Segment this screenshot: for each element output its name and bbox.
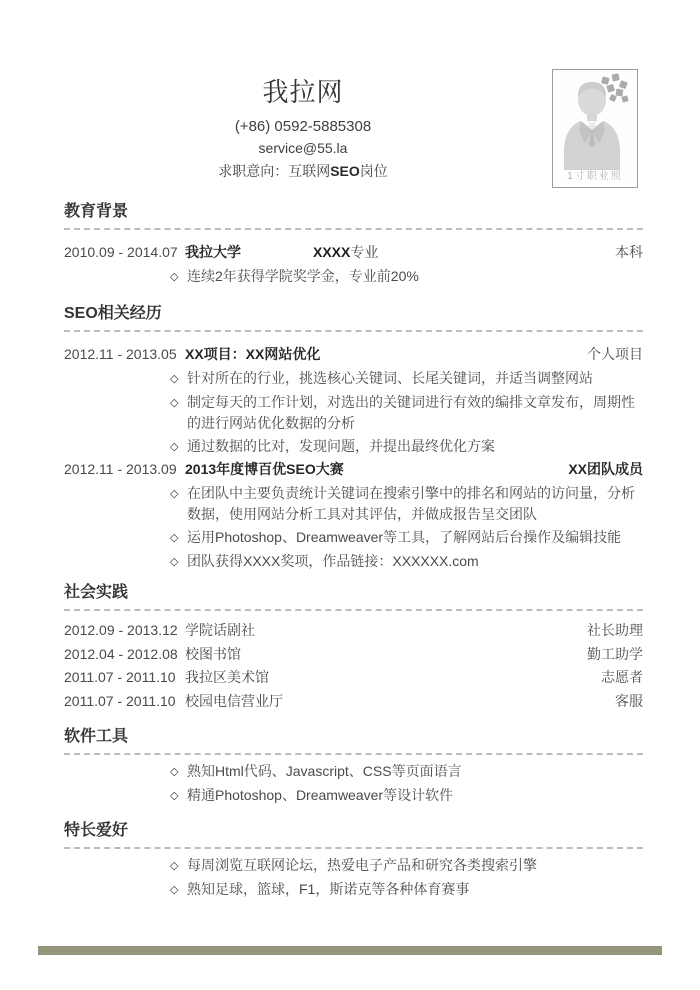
diamond-bullet-icon: ◇ <box>170 392 187 434</box>
practice-row: 2011.07 - 2011.10 我拉区美术馆 志愿者 <box>64 666 643 690</box>
organization: 校图书馆 <box>185 643 587 667</box>
section-hobbies: 特长爱好 ◇ 每周浏览互联网论坛，热爱电子产品和研究各类搜索引擎 ◇ 熟知足球，… <box>64 821 643 901</box>
practice-date: 2011.07 - 2011.10 <box>64 690 185 714</box>
bullet-text: 熟知足球，篮球，F1，斯诺克等各种体育赛事 <box>187 879 643 901</box>
practice-row: 2011.07 - 2011.10 校园电信营业厅 客服 <box>64 690 643 714</box>
entry-title: XX项目：XX网站优化 <box>185 344 587 365</box>
objective-keyword: SEO <box>330 163 360 179</box>
person-silhouette-icon <box>553 70 637 170</box>
entry-bullet: ◇ 团队获得XXXX奖项，作品链接：XXXXXX.com <box>170 551 643 573</box>
hobby-bullet: ◇ 每周浏览互联网论坛，热爱电子产品和研究各类搜索引擎 <box>170 855 643 877</box>
section-education: 教育背景 2010.09 - 2014.07 我拉大学 XXXX专业 本科 ◇ … <box>64 202 643 288</box>
diamond-bullet-icon: ◇ <box>170 483 187 525</box>
organization: 校园电信营业厅 <box>185 690 615 714</box>
candidate-name: 我拉网 <box>64 76 542 108</box>
hobby-bullet: ◇ 熟知足球，篮球，F1，斯诺克等各种体育赛事 <box>170 879 643 901</box>
major-placeholder: XXXX <box>313 244 350 260</box>
seo-entry: 2012.11 - 2013.05 XX项目：XX网站优化 个人项目 <box>64 344 643 365</box>
diamond-bullet-icon: ◇ <box>170 761 187 783</box>
objective-suffix: 岗位 <box>360 163 388 179</box>
section-title-practice: 社会实践 <box>64 583 643 611</box>
entry-bullet: ◇ 制定每天的工作计划，对选出的关键词进行有效的编排文章发布，周期性的进行网站优… <box>170 392 643 434</box>
section-social-practice: 社会实践 2012.09 - 2013.12 学院话剧社 社长助理 2012.0… <box>64 583 643 713</box>
bullet-text: 通过数据的比对，发现问题，并提出最终优化方案 <box>187 436 643 458</box>
resume-header: 我拉网 (+86) 0592-5885308 service@55.la 求职意… <box>64 76 542 182</box>
bullet-text: 制定每天的工作计划，对选出的关键词进行有效的编排文章发布，周期性的进行网站优化数… <box>187 392 643 434</box>
practice-row: 2012.04 - 2012.08 校图书馆 勤工助学 <box>64 643 643 667</box>
diamond-bullet-icon: ◇ <box>170 266 187 288</box>
section-software-tools: 软件工具 ◇ 熟知Html代码、Javascript、CSS等页面语言 ◇ 精通… <box>64 727 643 807</box>
bullet-text: 连续2年获得学院奖学金，专业前20% <box>187 266 643 288</box>
entry-bullet: ◇ 通过数据的比对，发现问题，并提出最终优化方案 <box>170 436 643 458</box>
practice-date: 2011.07 - 2011.10 <box>64 666 185 690</box>
diamond-bullet-icon: ◇ <box>170 527 187 549</box>
entry-bullet: ◇ 针对所在的行业，挑选核心关键词、长尾关键词，并适当调整网站 <box>170 368 643 390</box>
practice-row: 2012.09 - 2013.12 学院话剧社 社长助理 <box>64 619 643 643</box>
role-label: 客服 <box>615 690 643 714</box>
section-title-software: 软件工具 <box>64 727 643 755</box>
school-name: 我拉大学 <box>185 242 313 263</box>
diamond-bullet-icon: ◇ <box>170 436 187 458</box>
diamond-bullet-icon: ◇ <box>170 368 187 390</box>
software-bullet: ◇ 熟知Html代码、Javascript、CSS等页面语言 <box>170 761 643 783</box>
diamond-bullet-icon: ◇ <box>170 855 187 877</box>
education-date: 2010.09 - 2014.07 <box>64 242 185 263</box>
practice-date: 2012.09 - 2013.12 <box>64 619 185 643</box>
software-bullet: ◇ 精通Photoshop、Dreamweaver等设计软件 <box>170 785 643 807</box>
bullet-text: 针对所在的行业，挑选核心关键词、长尾关键词，并适当调整网站 <box>187 368 643 390</box>
photo-caption: 1寸职业照 <box>553 167 637 182</box>
organization: 我拉区美术馆 <box>185 666 601 690</box>
section-title-seo: SEO相关经历 <box>64 304 643 332</box>
section-title-hobby: 特长爱好 <box>64 821 643 849</box>
practice-date: 2012.04 - 2012.08 <box>64 643 185 667</box>
major-name: XXXX专业 <box>313 242 615 263</box>
bullet-text: 运用Photoshop、Dreamweaver等工具，了解网站后台操作及编辑技能 <box>187 527 643 549</box>
bullet-text: 熟知Html代码、Javascript、CSS等页面语言 <box>187 761 643 783</box>
major-suffix: 专业 <box>350 244 378 260</box>
organization: 学院话剧社 <box>185 619 587 643</box>
diamond-bullet-icon: ◇ <box>170 551 187 573</box>
entry-title: 2013年度博百优SEO大赛 <box>185 459 568 480</box>
objective-prefix: 求职意向：互联网 <box>218 163 330 179</box>
entry-date: 2012.11 - 2013.05 <box>64 344 185 365</box>
role-label: 社长助理 <box>587 619 643 643</box>
bullet-text: 在团队中主要负责统计关键词在搜索引擎中的排名和网站的访问量，分析数据，使用网站分… <box>187 483 643 525</box>
section-seo-experience: SEO相关经历 2012.11 - 2013.05 XX项目：XX网站优化 个人… <box>64 304 643 573</box>
education-entry: 2010.09 - 2014.07 我拉大学 XXXX专业 本科 <box>64 242 643 263</box>
degree-label: 本科 <box>615 242 643 263</box>
bullet-text: 团队获得XXXX奖项，作品链接：XXXXXX.com <box>187 551 643 573</box>
diamond-bullet-icon: ◇ <box>170 785 187 807</box>
role-label: 勤工助学 <box>587 643 643 667</box>
email-address: service@55.la <box>64 138 542 159</box>
entry-meta: 个人项目 <box>587 344 643 365</box>
entry-date: 2012.11 - 2013.09 <box>64 459 185 480</box>
footer-accent-bar <box>38 946 662 955</box>
entry-bullet: ◇ 在团队中主要负责统计关键词在搜索引擎中的排名和网站的访问量，分析数据，使用网… <box>170 483 643 525</box>
diamond-bullet-icon: ◇ <box>170 879 187 901</box>
phone-number: (+86) 0592-5885308 <box>64 116 542 137</box>
role-label: 志愿者 <box>601 666 643 690</box>
photo-placeholder: 1寸职业照 <box>552 69 638 188</box>
bullet-text: 精通Photoshop、Dreamweaver等设计软件 <box>187 785 643 807</box>
section-title-education: 教育背景 <box>64 202 643 230</box>
entry-meta: XX团队成员 <box>568 459 643 480</box>
bullet-text: 每周浏览互联网论坛，热爱电子产品和研究各类搜索引擎 <box>187 855 643 877</box>
practice-rows: 2012.09 - 2013.12 学院话剧社 社长助理 2012.04 - 2… <box>64 619 643 713</box>
job-objective: 求职意向：互联网SEO岗位 <box>64 161 542 182</box>
education-bullet: ◇ 连续2年获得学院奖学金，专业前20% <box>170 266 643 288</box>
entry-bullet: ◇ 运用Photoshop、Dreamweaver等工具，了解网站后台操作及编辑… <box>170 527 643 549</box>
resume-body: 教育背景 2010.09 - 2014.07 我拉大学 XXXX专业 本科 ◇ … <box>64 202 643 901</box>
seo-entry: 2012.11 - 2013.09 2013年度博百优SEO大赛 XX团队成员 <box>64 459 643 480</box>
